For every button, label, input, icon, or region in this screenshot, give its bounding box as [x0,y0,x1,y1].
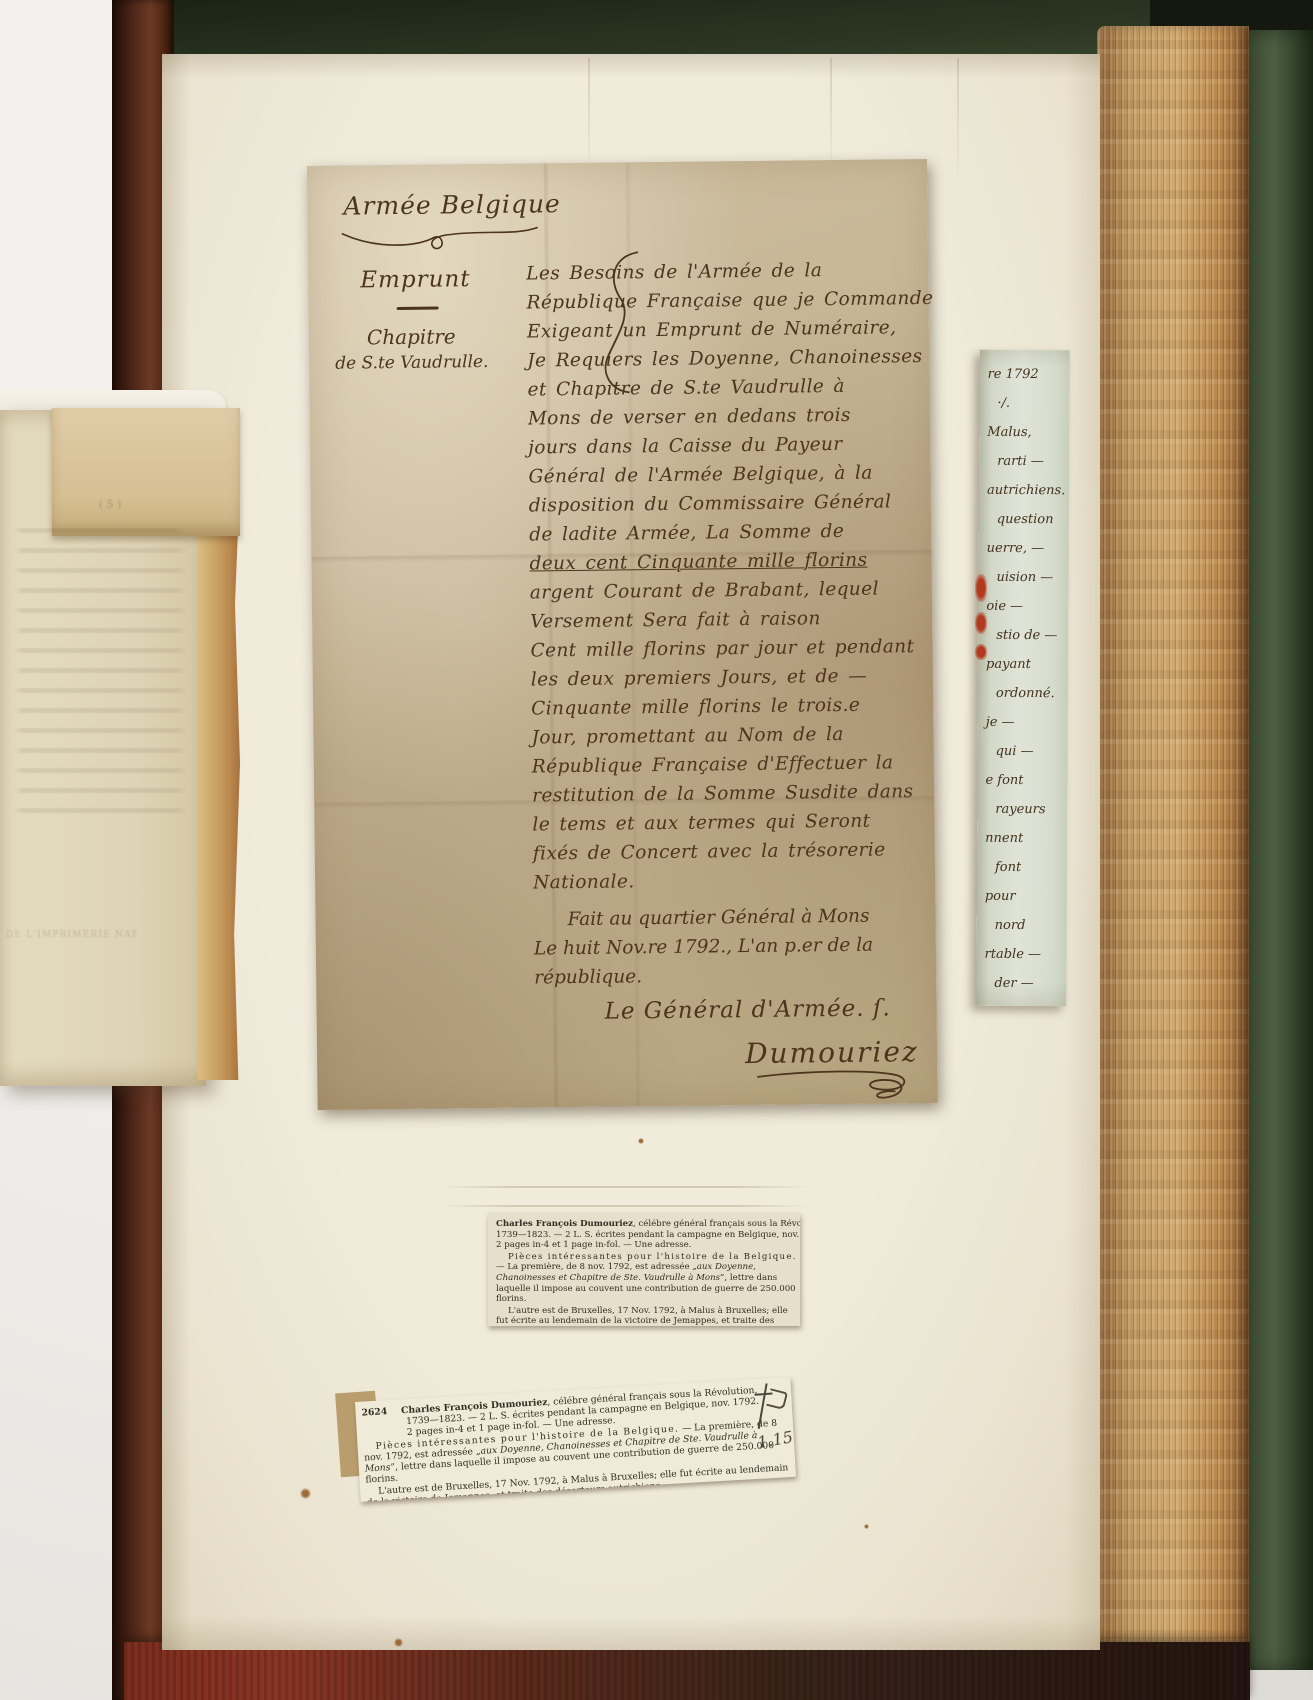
price-annotation: 1.15 [739,1380,810,1480]
slip-paragraph-2: L'autre est de Bruxelles, 17 Nov. 1792, … [496,1306,798,1326]
letter-body-line: Cent mille florins par jour et pendant [530,632,926,665]
pen-mark [758,1383,768,1429]
handwriting-fragment: nnent [977,824,1067,853]
letter-body-line: République Française que je Commande [526,284,922,317]
letter-body: Les Besoins de l'Armée de laRépublique F… [526,255,929,897]
book-cover-right-cloth [1243,30,1313,1670]
slip-paragraph-1: Pièces intéressantes pour l'histoire de … [496,1252,798,1305]
book-bottom-board [124,1642,1250,1700]
subject-underline [397,307,439,310]
book-fore-edge-pages [1097,26,1249,1660]
red-wax-trace [975,574,987,602]
handwriting-fragment: question [979,505,1069,534]
dateline-line1: Fait au quartier Général à Mons [533,901,929,934]
letter-dateline: Fait au quartier Général à Mons Le huit … [533,901,930,992]
manuscript-letter: Armée Belgique Emprunt Chapitre de S.te … [307,159,938,1110]
red-wax-trace [975,644,987,660]
foxing-spot [638,1138,644,1144]
photo-of-album-page: ( 5 ) DE L'IMPRIMERIE NAT re 1792·/.Malu… [0,0,1313,1700]
letter-body-line: Versement Sera fait à raison [530,603,926,636]
handwriting-fragment: oie — [978,592,1068,621]
loose-page-wrapper-flap [52,408,240,536]
letter-body-line: Cinquante mille florins le trois.e [531,690,927,723]
letter-body-line: Nationale. [533,864,929,897]
letter-body-line: Mons de verser en dedans trois [528,400,924,433]
signature-dumouriez: Dumouriez [745,1035,919,1070]
pen-mark [766,1388,788,1410]
faint-imprint-line: DE L'IMPRIMERIE NAT [6,930,196,940]
price-value: 1.15 [756,1427,794,1452]
handwriting-fragment: e font [977,766,1067,795]
foxing-spot [394,1638,403,1647]
faint-printed-text-block [14,528,188,828]
foxing-spot [300,1488,311,1499]
letter-body-line: Exigeant un Emprunt de Numéraire, [527,313,923,346]
page-crease [440,1205,810,1207]
letter-body-line: disposition du Commissaire Général [529,487,925,520]
docket-addressee-line2: de S.te Vaudrulle. [335,352,488,374]
letter-body-line: restitution de la Somme Susdite dans [532,777,928,810]
handwriting-fragment: ordonné. [978,679,1068,708]
letter-body-line: jours dans la Caisse du Payeur [528,429,924,462]
page-crease [957,58,959,188]
dateline-line3: république. [534,959,930,992]
letter-body-line: deux cent Cinquante mille florins [529,545,925,578]
handwriting-fragment: ·/. [979,389,1069,418]
letter-body-line: argent Courant de Brabant, lequel [530,574,926,607]
handwriting-fragment: rayeurs [977,795,1067,824]
slip-heading-line1: Charles François Dumouriez, célébre géné… [496,1219,798,1230]
foxing-spot [864,1524,869,1529]
handwriting-fragment: autrichiens. [979,476,1069,505]
handwriting-fragment: je — [978,708,1068,737]
handwriting-fragment: stio de — [978,621,1068,650]
letter-body-line: fixés de Concert avec la trésorerie [533,835,929,868]
slip-para1-mid: — La première, de 8 nov. 1792, est adres… [496,1262,692,1272]
slip-heading-line2: 1739—1823. — 2 L. S. écrites pendant la … [496,1230,798,1241]
letter-body-line: le tems et aux termes qui Seront [532,806,928,839]
docket-title: Armée Belgique [343,189,561,220]
handwriting-fragment: uerre, — [979,534,1069,563]
title-underline-flourish [336,223,546,253]
docket-addressee-line1: Chapitre [367,324,456,349]
handwriting-fragment: Malus, [979,418,1069,447]
docket-subject: Emprunt [360,266,470,293]
slip-para1-lead: Pièces intéressantes pour l'histoire de … [508,1252,797,1262]
handwriting-fragment: qui — [978,737,1068,766]
slip-name-bold: Charles François Dumouriez [496,1219,633,1229]
slip-heading-line3: 2 pages in-4 et 1 page in-fol. — Une adr… [496,1240,798,1251]
slip-heading-rest: , célébre général français sous la Révol… [633,1219,800,1229]
letter-body-line: de ladite Armée, La Somme de [529,516,925,549]
handwriting-fragment: payant [978,650,1068,679]
page-crease [440,1186,810,1188]
letter-body-line: les deux premiers Jours, et de — [531,661,927,694]
signature-paraph-flourish [749,1067,919,1103]
handwriting-fragment: rarti — [979,447,1069,476]
handwriting-fragment: nord [977,911,1067,940]
lot-number: 2624 [361,1406,387,1418]
red-wax-trace [975,612,987,634]
letter-body-line: Général de l'Armée Belgique, à la [528,458,924,491]
letter-body-line: Je Requiers les Doyenne, Chanoinesses [527,342,923,375]
handwriting-fragment: pour [977,882,1067,911]
handwriting-fragment: re 1792 [980,360,1070,389]
letter-body-line: Jour, promettant au Nom de la [531,719,927,752]
catalog-slip-top: Charles François Dumouriez, célébre géné… [488,1213,800,1326]
letter-body-line: et Chapitre de S.te Vaudrulle à [527,371,923,404]
dateline-line2: Le huit Nov.re 1792., L'an p.er de la [534,930,930,963]
handwriting-fragment: font [977,853,1067,882]
signoff-le-general-darmee: Le Général d'Armée. ſ. [604,995,890,1024]
letter-body-line: Les Besoins de l'Armée de la [526,255,922,288]
handwriting-fragment: rtable — [976,940,1066,969]
second-letter-strip: re 1792·/.Malus,rarti —autrichiens.quest… [976,350,1069,1006]
handwriting-fragment: uision — [978,563,1068,592]
letter-body-line: République Française d'Effectuer la [532,748,928,781]
faint-page-number: ( 5 ) [80,498,140,511]
handwriting-fragment: der — [976,969,1066,998]
